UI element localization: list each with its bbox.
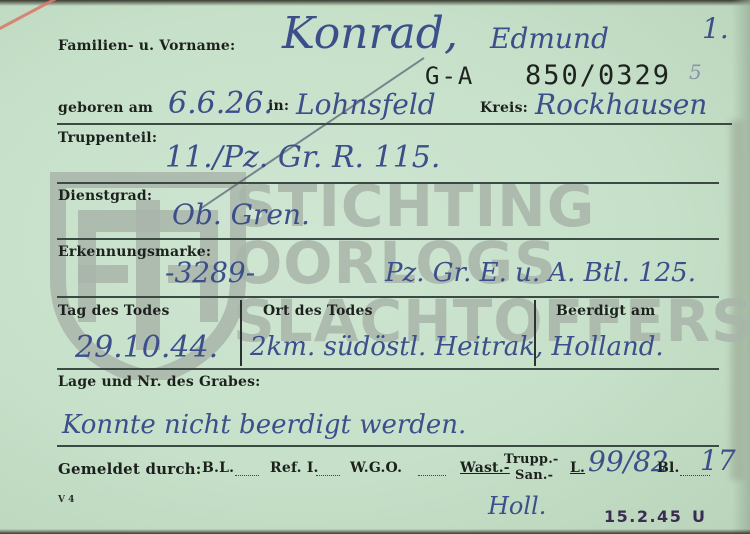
district-label: Kreis: — [480, 100, 528, 116]
dotted-fill — [418, 474, 446, 476]
id-tag-unit-value: Pz. Gr. E. u. A. Btl. 125. — [385, 258, 696, 288]
birth-place-value: Lohnsfeld — [296, 88, 436, 121]
option-l: L. — [570, 460, 585, 476]
option-ref: Ref. I. — [270, 460, 319, 476]
surname-value: Konrad, — [282, 8, 458, 59]
birth-date-label: geboren am — [58, 100, 153, 116]
option-wgo: W.G.O. — [350, 460, 402, 476]
red-pencil-mark — [0, 0, 67, 32]
unit-label: Truppenteil: — [58, 130, 157, 146]
registration-prefix: G-A — [425, 62, 474, 90]
option-san: San.- — [515, 468, 553, 483]
rule-death — [57, 368, 719, 370]
reported-by-label: Gemeldet durch: — [58, 460, 202, 478]
reported-note: Holl. — [488, 492, 546, 520]
registration-suffix: 5 — [689, 60, 702, 84]
death-place-header: Ort des Todes — [263, 303, 373, 319]
registration-number: 850/0329 — [525, 60, 671, 91]
rule-birth — [57, 123, 732, 125]
index-card: STICHTING OORLOGS SLACHTOFFERS Familien-… — [0, 0, 750, 534]
burial-date-header: Beerdigt am — [556, 303, 655, 319]
table-divider-1 — [240, 300, 242, 366]
district-value: Rockhausen — [535, 88, 707, 121]
option-wast: Wast.- — [460, 460, 510, 476]
grave-label: Lage und Nr. des Grabes: — [58, 374, 261, 390]
birth-date-value: 6.6.26. — [168, 86, 273, 121]
grave-value: Konnte nicht beerdigt werden. — [62, 410, 466, 440]
option-bl: B.L. — [202, 460, 234, 476]
form-code: V 4 — [58, 495, 74, 505]
card-number-value: 1. — [702, 12, 729, 45]
stamp-mark: U — [692, 507, 707, 526]
rule-id-tag — [57, 296, 719, 298]
option-trupp: Trupp.- — [504, 452, 559, 467]
birth-place-label: in: — [268, 98, 289, 114]
unit-value: 11./Pz. Gr. R. 115. — [165, 140, 440, 175]
given-name-value: Edmund — [490, 22, 609, 55]
name-label: Familien- u. Vorname: — [58, 38, 235, 54]
stamp-date: 15.2.45 — [604, 507, 682, 526]
death-place-value: 2km. südöstl. Heitrak, Holland. — [250, 332, 664, 362]
option-bl-sheet: Bl. — [657, 460, 680, 476]
id-tag-value: -3289- — [165, 256, 255, 289]
death-date-value: 29.10.44. — [75, 330, 218, 365]
dotted-fill — [316, 474, 340, 476]
dotted-fill — [235, 474, 259, 476]
bl-value: 17 — [700, 444, 736, 477]
death-date-header: Tag des Todes — [58, 303, 170, 319]
rule-unit — [57, 182, 719, 184]
rank-value: Ob. Gren. — [172, 198, 310, 231]
rank-label: Dienstgrad: — [58, 188, 152, 204]
rule-rank — [57, 238, 719, 240]
